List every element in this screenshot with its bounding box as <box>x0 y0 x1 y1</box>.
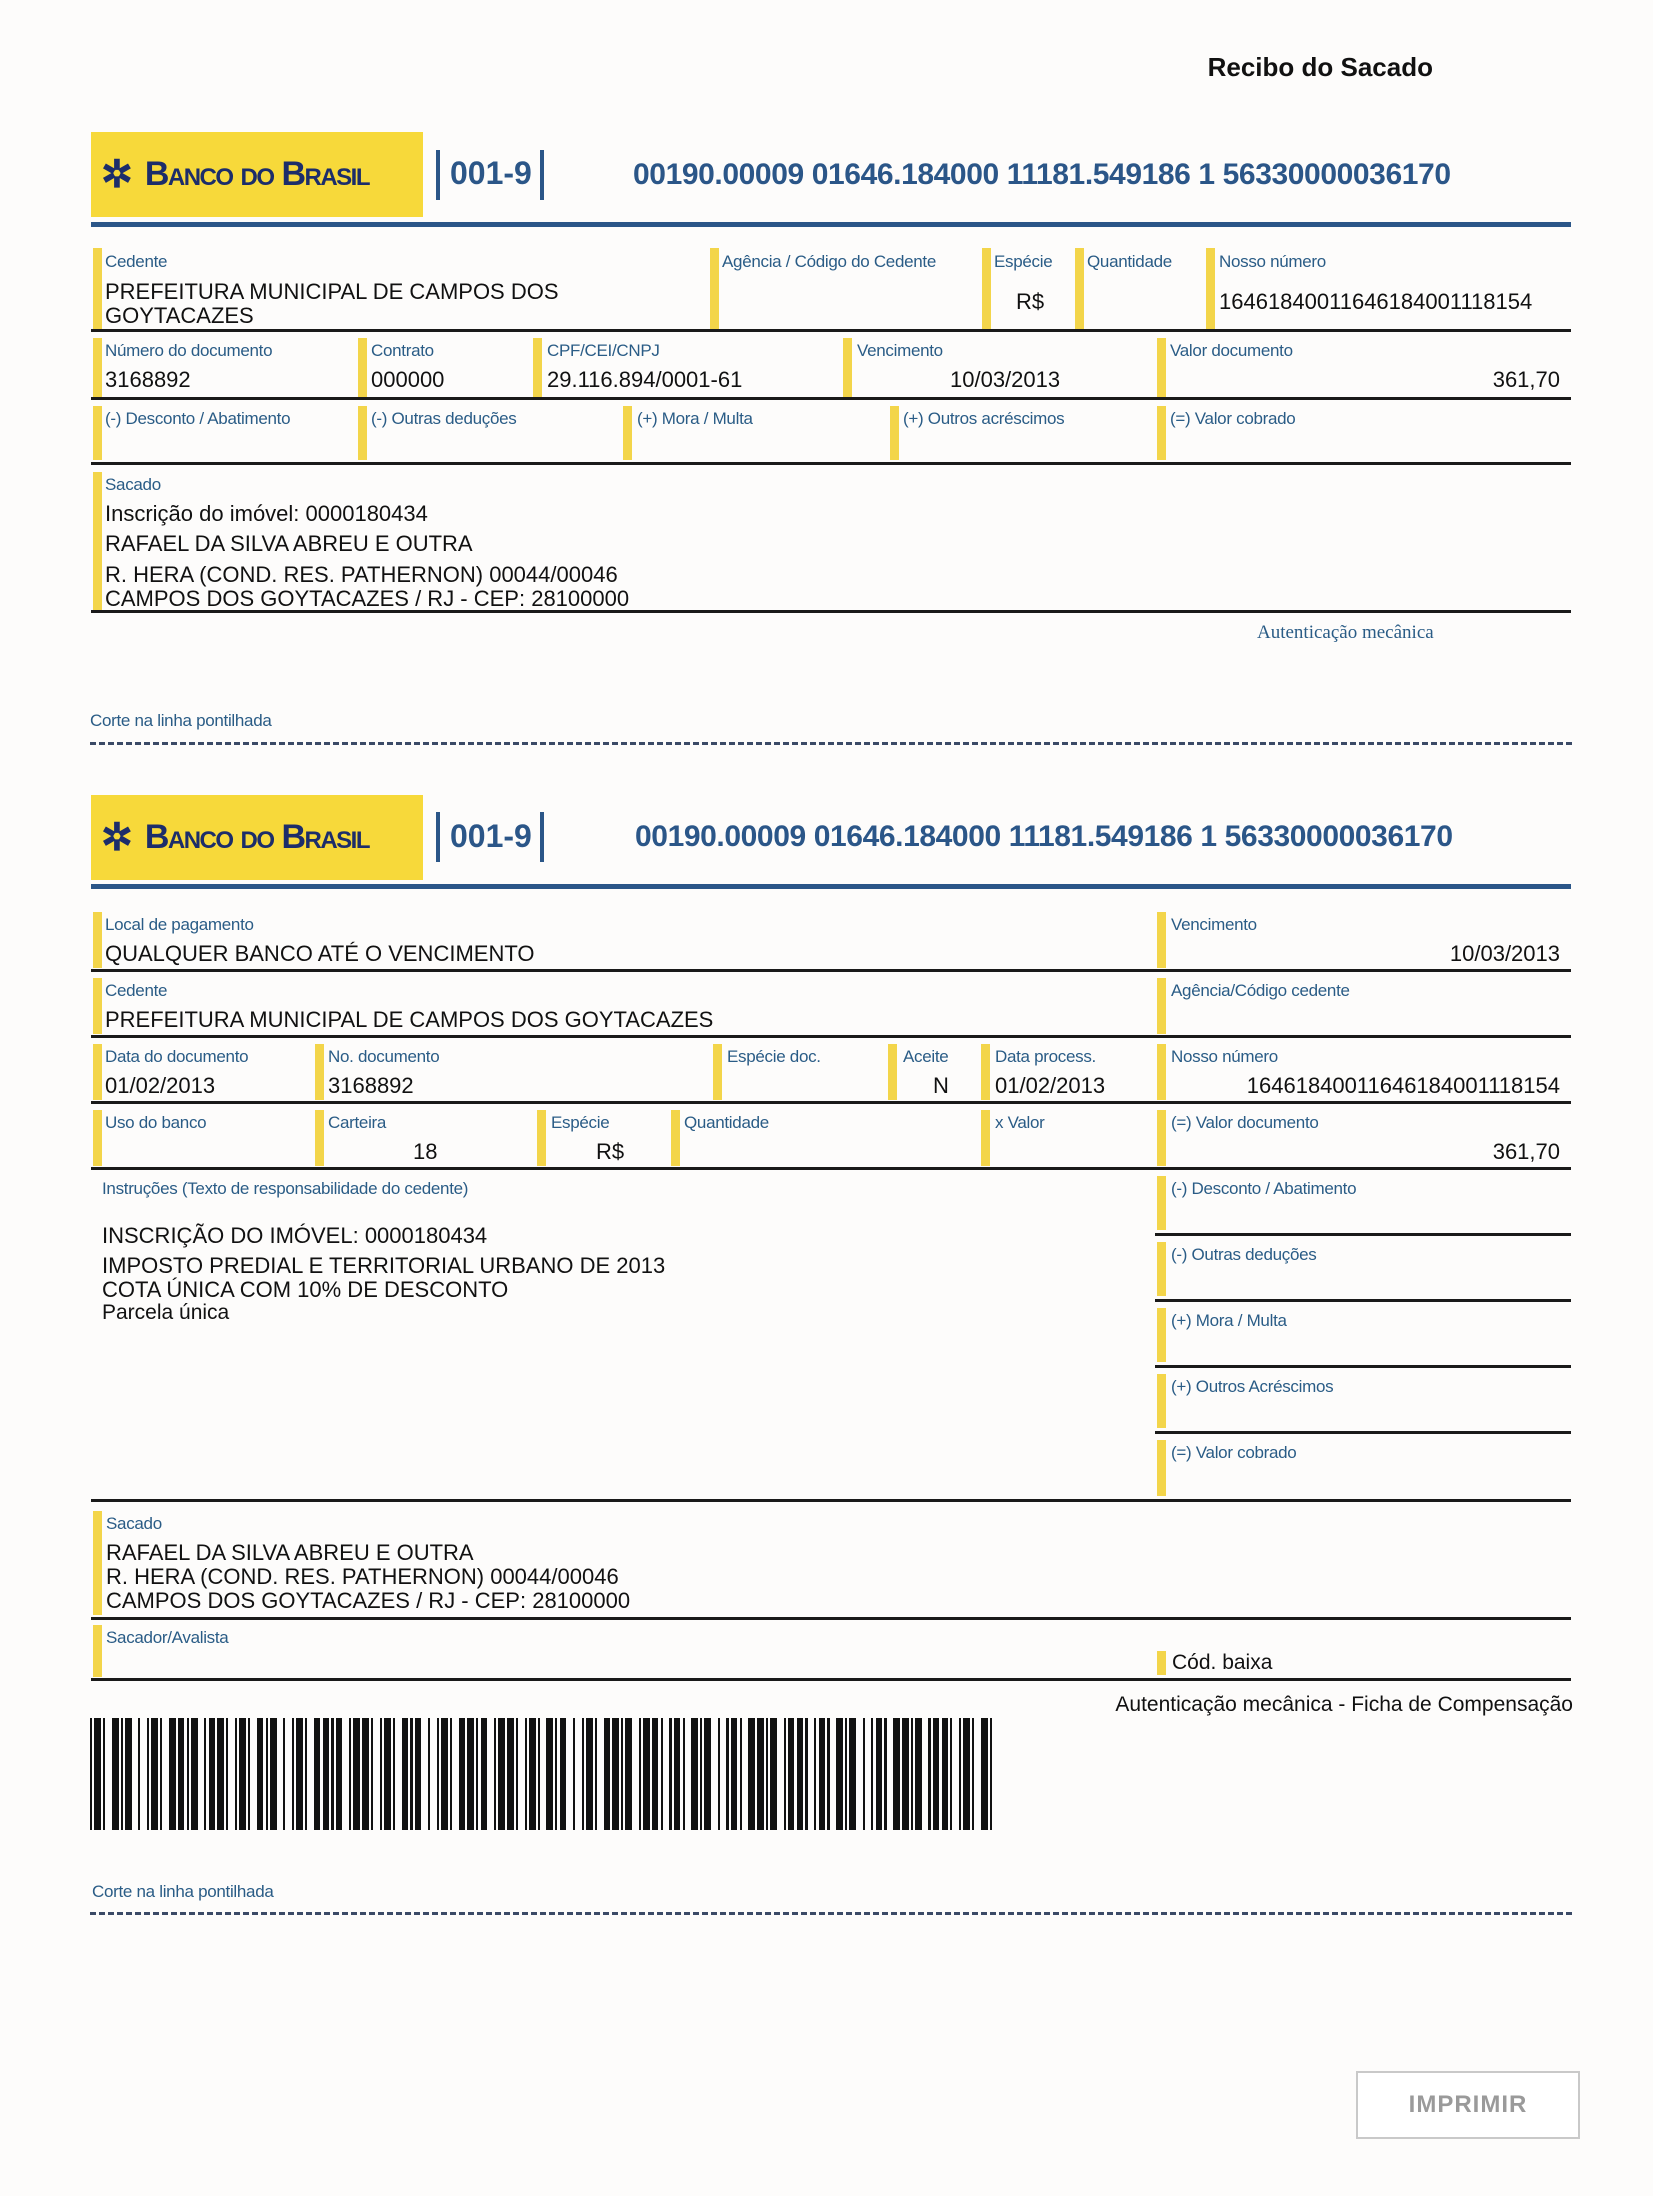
instrucoes-label: Instruções (Texto de responsabilidade do… <box>102 1179 468 1199</box>
field-marker <box>93 1511 102 1615</box>
row-divider <box>1155 1365 1571 1368</box>
bank-logo-icon: ✲ <box>101 152 133 197</box>
nosso-numero-value: 16461840011646184001118154 <box>1247 1073 1560 1099</box>
nosso-numero-label: Nosso número <box>1219 252 1326 272</box>
row-divider <box>91 1167 1571 1170</box>
outras-deducoes-label: (-) Outras deduções <box>1171 1245 1316 1265</box>
data-process-value: 01/02/2013 <box>995 1073 1105 1099</box>
cod-baixa-label: Cód. baixa <box>1172 1651 1272 1675</box>
field-marker <box>1157 1374 1166 1428</box>
row-divider <box>91 1678 1571 1681</box>
row-divider <box>1155 1233 1571 1236</box>
sacador-avalista-label: Sacador/Avalista <box>106 1628 228 1648</box>
local-pagamento-value: QUALQUER BANCO ATÉ O VENCIMENTO <box>105 941 534 967</box>
field-marker <box>890 406 899 460</box>
nosso-numero-value: 16461840011646184001118154 <box>1219 289 1532 315</box>
no-documento-value: 3168892 <box>328 1073 414 1099</box>
quantidade-label: Quantidade <box>1087 252 1172 272</box>
field-marker <box>93 912 102 968</box>
sacado-label: Sacado <box>106 1514 162 1534</box>
aceite-label: Aceite <box>903 1047 948 1067</box>
barcode <box>90 1718 995 1830</box>
field-marker <box>843 338 852 398</box>
aceite-value: N <box>933 1073 949 1099</box>
cut-line <box>90 742 1572 745</box>
field-marker <box>1157 1651 1166 1675</box>
field-marker <box>537 1110 546 1166</box>
field-marker <box>710 248 719 330</box>
bank-logo-icon: ✲ <box>101 815 133 860</box>
linha-digitavel: 00190.00009 01646.184000 11181.549186 1 … <box>635 820 1453 854</box>
outras-deducoes-label: (-) Outras deduções <box>371 409 516 429</box>
especie-label: Espécie <box>994 252 1052 272</box>
row-divider <box>91 1617 1571 1620</box>
sacado-line2: RAFAEL DA SILVA ABREU E OUTRA <box>105 531 473 557</box>
autenticacao-mecanica-label: Autenticação mecânica <box>1257 622 1434 644</box>
row-divider <box>1155 1299 1571 1302</box>
sacado-line1: Inscrição do imóvel: 0000180434 <box>105 501 428 527</box>
row-divider <box>91 1101 1571 1104</box>
valor-documento-label: Valor documento <box>1170 341 1293 361</box>
field-marker <box>623 406 632 460</box>
field-marker <box>1157 338 1166 398</box>
outros-acrescimos-label: (+) Outros acréscimos <box>903 409 1064 429</box>
sacado-line3: R. HERA (COND. RES. PATHERNON) 00044/000… <box>105 562 618 588</box>
bank-code: 001-9 <box>450 155 532 192</box>
agencia-label: Agência / Código do Cedente <box>722 252 936 272</box>
field-marker <box>315 1110 324 1166</box>
nosso-numero-label: Nosso número <box>1171 1047 1278 1067</box>
row-divider <box>91 329 1571 332</box>
instrucoes-line3: COTA ÚNICA COM 10% DE DESCONTO <box>102 1277 508 1303</box>
agencia-label: Agência/Código cedente <box>1171 981 1350 1001</box>
local-pagamento-label: Local de pagamento <box>105 915 254 935</box>
field-marker <box>981 1044 990 1100</box>
valor-documento-label: (=) Valor documento <box>1171 1113 1319 1133</box>
field-marker <box>713 1044 722 1100</box>
cpf-cnpj-value: 29.116.894/0001-61 <box>547 367 742 393</box>
instrucoes-line1: INSCRIÇÃO DO IMÓVEL: 0000180434 <box>102 1223 487 1249</box>
x-valor-label: x Valor <box>995 1113 1045 1133</box>
sacado-line4: CAMPOS DOS GOYTACAZES / RJ - CEP: 281000… <box>105 586 629 612</box>
row-divider <box>91 397 1571 400</box>
outros-acrescimos-label: (+) Outros Acréscimos <box>1171 1377 1333 1397</box>
field-marker <box>533 338 542 398</box>
sacado-label: Sacado <box>105 475 161 495</box>
instrucoes-line2: IMPOSTO PREDIAL E TERRITORIAL URBANO DE … <box>102 1253 665 1279</box>
header-rule <box>91 884 1571 889</box>
carteira-value: 18 <box>413 1139 437 1165</box>
field-marker <box>1157 912 1166 968</box>
bank-name: Banco do Brasil <box>145 818 369 857</box>
bank-logo: ✲ Banco do Brasil <box>91 795 423 880</box>
desconto-label: (-) Desconto / Abatimento <box>105 409 290 429</box>
bank-logo: ✲ Banco do Brasil <box>91 132 423 217</box>
field-marker <box>1157 978 1166 1034</box>
row-divider <box>91 969 1571 972</box>
field-marker <box>1157 1110 1166 1166</box>
field-marker <box>982 248 991 330</box>
field-marker <box>888 1044 897 1100</box>
cedente-value-line1: PREFEITURA MUNICIPAL DE CAMPOS DOS <box>105 279 559 305</box>
code-divider-right <box>540 150 544 200</box>
linha-digitavel: 00190.00009 01646.184000 11181.549186 1 … <box>633 158 1451 192</box>
code-divider-right <box>540 812 544 862</box>
data-documento-value: 01/02/2013 <box>105 1073 215 1099</box>
field-marker <box>93 248 102 330</box>
receipt-title: Recibo do Sacado <box>1208 52 1433 83</box>
valor-documento-value: 361,70 <box>1493 367 1560 393</box>
vencimento-label: Vencimento <box>857 341 943 361</box>
numero-documento-label: Número do documento <box>105 341 272 361</box>
especie-doc-label: Espécie doc. <box>727 1047 821 1067</box>
row-divider <box>91 610 1571 613</box>
field-marker <box>93 406 102 460</box>
desconto-label: (-) Desconto / Abatimento <box>1171 1179 1356 1199</box>
uso-banco-label: Uso do banco <box>105 1113 206 1133</box>
code-divider-left <box>436 150 440 200</box>
sacado-line2: R. HERA (COND. RES. PATHERNON) 00044/000… <box>106 1564 619 1590</box>
field-marker <box>93 1625 102 1677</box>
field-marker <box>1157 1440 1166 1496</box>
instrucoes-line4: Parcela única <box>102 1301 229 1325</box>
numero-documento-value: 3168892 <box>105 367 191 393</box>
cut-line <box>90 1912 1572 1915</box>
corte-label: Corte na linha pontilhada <box>92 1882 274 1902</box>
row-divider <box>91 462 1571 465</box>
field-marker <box>93 1044 102 1100</box>
mora-multa-label: (+) Mora / Multa <box>637 409 753 429</box>
field-marker <box>1157 1242 1166 1296</box>
data-documento-label: Data do documento <box>105 1047 248 1067</box>
especie-value: R$ <box>596 1139 624 1165</box>
data-process-label: Data process. <box>995 1047 1096 1067</box>
bank-code: 001-9 <box>450 818 532 855</box>
vencimento-label: Vencimento <box>1171 915 1257 935</box>
corte-label: Corte na linha pontilhada <box>90 711 272 731</box>
field-marker <box>1157 406 1166 460</box>
cedente-label: Cedente <box>105 981 167 1001</box>
cedente-label: Cedente <box>105 252 167 272</box>
field-marker <box>93 978 102 1034</box>
bank-name: Banco do Brasil <box>145 155 369 194</box>
cedente-value-line2: GOYTACAZES <box>105 303 254 329</box>
field-marker <box>671 1110 680 1166</box>
especie-label: Espécie <box>551 1113 609 1133</box>
valor-cobrado-label: (=) Valor cobrado <box>1170 409 1295 429</box>
sacado-line3: CAMPOS DOS GOYTACAZES / RJ - CEP: 281000… <box>106 1588 630 1614</box>
sacado-line1: RAFAEL DA SILVA ABREU E OUTRA <box>106 1540 474 1566</box>
field-marker <box>358 338 367 398</box>
contrato-value: 000000 <box>371 367 444 393</box>
vencimento-value: 10/03/2013 <box>950 367 1060 393</box>
cedente-value: PREFEITURA MUNICIPAL DE CAMPOS DOS GOYTA… <box>105 1007 713 1033</box>
quantidade-label: Quantidade <box>684 1113 769 1133</box>
field-marker <box>1206 248 1215 330</box>
field-marker <box>1075 248 1084 330</box>
field-marker <box>93 1110 102 1166</box>
field-marker <box>358 406 367 460</box>
valor-documento-value: 361,70 <box>1493 1139 1560 1165</box>
print-button[interactable]: IMPRIMIR <box>1356 2071 1580 2139</box>
especie-value: R$ <box>1016 289 1044 315</box>
row-divider <box>91 1035 1571 1038</box>
field-marker <box>93 472 102 610</box>
carteira-label: Carteira <box>328 1113 386 1133</box>
row-divider <box>1155 1431 1571 1434</box>
field-marker <box>1157 1176 1166 1230</box>
row-divider <box>91 1499 1571 1502</box>
code-divider-left <box>436 812 440 862</box>
valor-cobrado-label: (=) Valor cobrado <box>1171 1443 1296 1463</box>
field-marker <box>1157 1308 1166 1362</box>
contrato-label: Contrato <box>371 341 434 361</box>
no-documento-label: No. documento <box>328 1047 439 1067</box>
cpf-cnpj-label: CPF/CEI/CNPJ <box>547 341 660 361</box>
field-marker <box>93 338 102 398</box>
autenticacao-ficha-label: Autenticação mecânica - Ficha de Compens… <box>1115 1693 1573 1717</box>
header-rule <box>91 222 1571 227</box>
field-marker <box>1157 1044 1166 1100</box>
field-marker <box>981 1110 990 1166</box>
mora-multa-label: (+) Mora / Multa <box>1171 1311 1287 1331</box>
field-marker <box>315 1044 324 1100</box>
vencimento-value: 10/03/2013 <box>1450 941 1560 967</box>
